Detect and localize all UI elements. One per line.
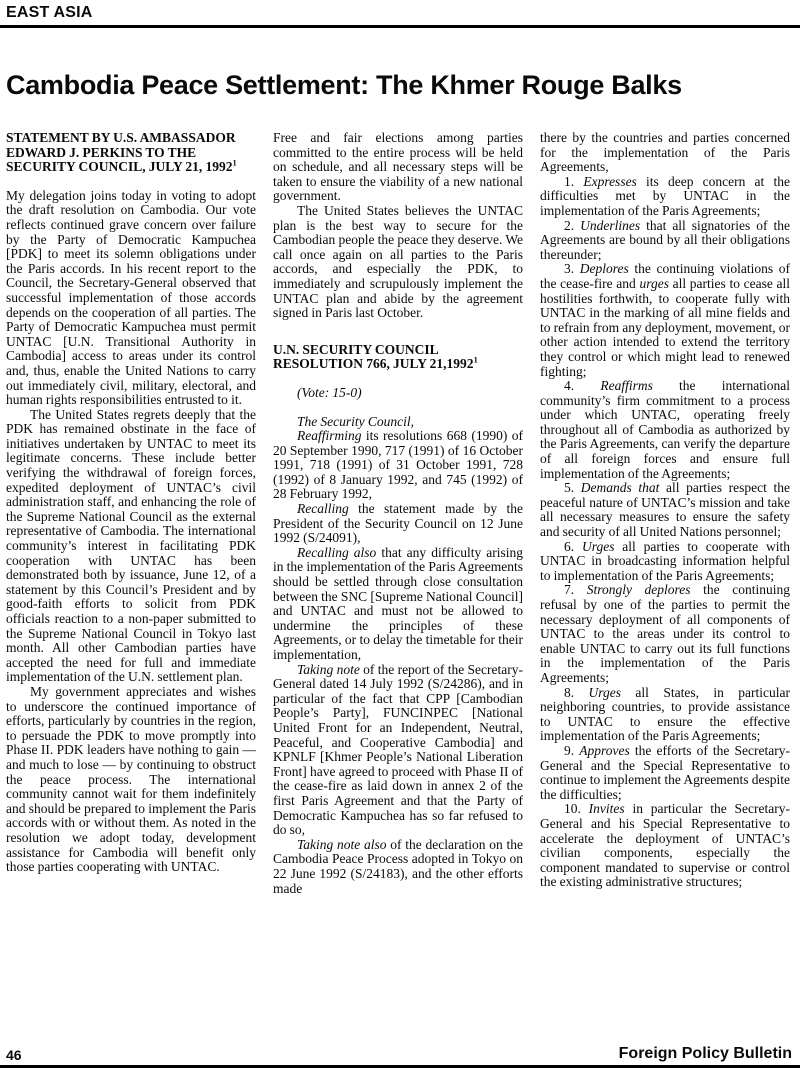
body-paragraph: 3. Deplores the continuing violations of… bbox=[540, 262, 790, 379]
body-paragraph: Recalling the statement made by the Pres… bbox=[273, 502, 523, 546]
body-paragraph: 9. Approves the efforts of the Secretary… bbox=[540, 744, 790, 802]
column-3: there by the countries and parties conce… bbox=[540, 131, 790, 896]
magazine-page: EAST ASIA Cambodia Peace Settlement: The… bbox=[0, 0, 800, 1068]
body-paragraph: 4. Reaffirms the international community… bbox=[540, 379, 790, 481]
page-footer: 46 Foreign Policy Bulletin bbox=[0, 1045, 800, 1063]
article-body: STATEMENT BY U.S. AMBASSADOR EDWARD J. P… bbox=[6, 131, 790, 896]
body-paragraph: Recalling also that any difficulty arisi… bbox=[273, 546, 523, 663]
publication-name: Foreign Policy Bulletin bbox=[619, 1045, 792, 1063]
body-paragraph: The United States regrets deeply that th… bbox=[6, 408, 256, 685]
header-rule bbox=[0, 25, 800, 28]
body-paragraph: 1. Expresses its deep concern at the dif… bbox=[540, 175, 790, 219]
body-paragraph: there by the countries and parties conce… bbox=[540, 131, 790, 175]
column-1: STATEMENT BY U.S. AMBASSADOR EDWARD J. P… bbox=[6, 131, 256, 896]
article-subheading: STATEMENT BY U.S. AMBASSADOR EDWARD J. P… bbox=[6, 131, 256, 175]
body-paragraph: My government appreciates and wishes to … bbox=[6, 685, 256, 875]
body-paragraph: My delegation joins today in voting to a… bbox=[6, 189, 256, 408]
body-paragraph: The United States believes the UNTAC pla… bbox=[273, 204, 523, 321]
body-paragraph: 7. Strongly deplores the continuing refu… bbox=[540, 583, 790, 685]
page-number: 46 bbox=[6, 1047, 22, 1063]
section-kicker: EAST ASIA bbox=[0, 0, 800, 25]
body-paragraph: 2. Underlines that all signatories of th… bbox=[540, 219, 790, 263]
column-2: Free and fair elections among parties co… bbox=[273, 131, 523, 896]
body-paragraph: (Vote: 15-0) bbox=[273, 386, 523, 401]
body-paragraph: Taking note of the report of the Secreta… bbox=[273, 663, 523, 838]
body-paragraph: The Security Council, bbox=[273, 415, 523, 430]
article-title: Cambodia Peace Settlement: The Khmer Rou… bbox=[6, 70, 790, 101]
body-paragraph: Free and fair elections among parties co… bbox=[273, 131, 523, 204]
body-paragraph: Reaffirming its resolutions 668 (1990) o… bbox=[273, 429, 523, 502]
body-paragraph: Taking note also of the declaration on t… bbox=[273, 838, 523, 896]
article-subheading: U.N. SECURITY COUNCIL RESOLUTION 766, JU… bbox=[273, 343, 523, 372]
body-paragraph: 10. Invites in particular the Secretary-… bbox=[540, 802, 790, 890]
body-paragraph: 5. Demands that all parties respect the … bbox=[540, 481, 790, 539]
body-paragraph: 6. Urges all parties to cooperate with U… bbox=[540, 540, 790, 584]
body-paragraph: 8. Urges all States, in particular neigh… bbox=[540, 686, 790, 744]
